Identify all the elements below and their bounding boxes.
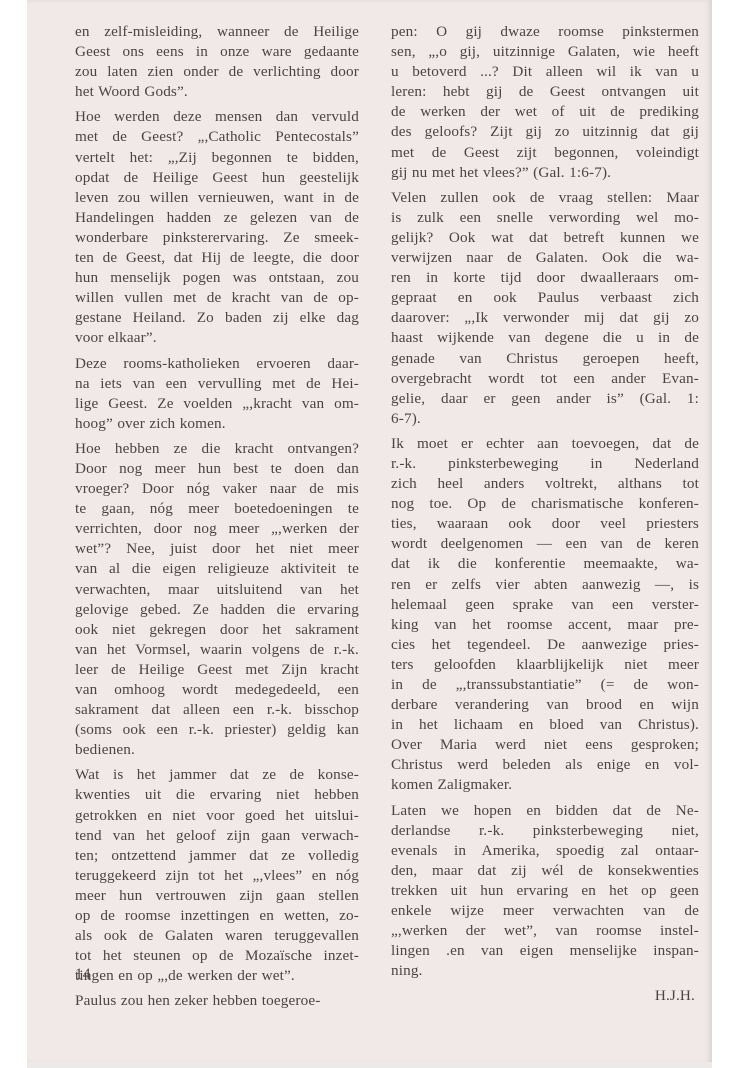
text-line: is zulk een snelle verwording wel mo-: [391, 208, 699, 228]
text-line: gelijk? Ook wat dat betreft kunnen we: [391, 228, 699, 248]
text-line: opdat de Heilige Geest hun geestelijk: [75, 168, 359, 188]
text-line: pen: O gij dwaze roomse pinkstermen: [391, 22, 699, 42]
paragraph: Paulus zou hen zeker hebben toegeroe-: [75, 991, 359, 1011]
text-line: Deze rooms-katholieken ervoeren daar-: [75, 354, 359, 374]
text-line: teruggekeerd zijn tot het „,vlees” en nó…: [75, 866, 359, 886]
paragraph: Deze rooms-katholieken ervoeren daar-na …: [75, 354, 359, 434]
text-line: helemaal geen sprake van een verster-: [391, 595, 699, 615]
paragraph: en zelf-misleiding, wanneer de HeiligeGe…: [75, 22, 359, 102]
text-line: genade van Christus geroepen heeft,: [391, 349, 699, 369]
text-line: overgebracht wordt tot een ander Evan-: [391, 369, 699, 389]
paragraph: Hoe hebben ze die kracht ontvangen?Door …: [75, 439, 359, 761]
text-line: ren er zelfs vier abten aanwezig —, is: [391, 575, 699, 595]
text-line: lige Geest. Ze voelden „,kracht van om-: [75, 394, 359, 414]
text-line: ters geloofden klaarblijkelijk niet meer: [391, 655, 699, 675]
text-line: verwachten, maar uitsluitend van het: [75, 580, 359, 600]
text-line: Geest ons eens in onze ware gedaante: [75, 42, 359, 62]
text-line: (soms ook een r.-k. priester) geldig kan: [75, 720, 359, 740]
text-line: ren in korte tijd door dwaalleraars om-: [391, 268, 699, 288]
text-line: verrichten, door nog meer „,werken der: [75, 519, 359, 539]
text-line: kwenties uit die ervaring niet hebben: [75, 785, 359, 805]
text-line: in het lichaam en bloed van Christus).: [391, 715, 699, 735]
paragraph: Ik moet er echter aan toevoegen, dat der…: [391, 434, 699, 796]
left-text-column: en zelf-misleiding, wanneer de HeiligeGe…: [75, 22, 359, 1012]
text-line: Velen zullen ook de vraag stellen: Maar: [391, 188, 699, 208]
text-line: king van het roomse accent, maar pre-: [391, 615, 699, 635]
text-line: evenals in Amerika, spoedig zal ontaar-: [391, 841, 699, 861]
text-line: vroeger? Door nóg vaker naar de mis: [75, 479, 359, 499]
text-line: derbare verandering van brood en wijn: [391, 695, 699, 715]
text-line: Christus werd beleden als enige en vol-: [391, 755, 699, 775]
text-line: enkele wijze meer verwachten van de: [391, 901, 699, 921]
text-line: voor elkaar”.: [75, 328, 359, 348]
author-signature: H.J.H.: [391, 986, 699, 1006]
text-line: gij nu met het vlees?” (Gal. 1:6-7).: [391, 163, 699, 183]
text-line: Ik moet er echter aan toevoegen, dat de: [391, 434, 699, 454]
text-line: sakrament dat alleen een r.-k. bisschop: [75, 700, 359, 720]
text-line: gestane Heiland. Zo baden zij elke dag: [75, 308, 359, 328]
text-line: des geloofs? Zijt gij zo uitzinnig dat g…: [391, 122, 699, 142]
text-line: vertelt het: „,Zij begonnen te bidden,: [75, 148, 359, 168]
text-line: ties, waaraan ook door veel priesters: [391, 514, 699, 534]
text-line: zou laten zien onder de verlichting door: [75, 62, 359, 82]
text-line: u betoverd ...? Dit alleen wil ik van u: [391, 62, 699, 82]
text-line: wonderbare pinksterervaring. Ze smeek-: [75, 228, 359, 248]
text-line: de werken der wet of uit de prediking: [391, 102, 699, 122]
text-line: leven zou willen vernieuwen, want in de: [75, 188, 359, 208]
text-line: Handelingen hadden ze gelezen van de: [75, 208, 359, 228]
text-line: bedienen.: [75, 740, 359, 760]
text-line: tingen en op „,de werken der wet”.: [75, 966, 359, 986]
text-line: gepraat en ook Paulus verbaast zich: [391, 288, 699, 308]
text-line: Hoe werden deze mensen dan vervuld: [75, 107, 359, 127]
text-line: het Woord Gods”.: [75, 82, 359, 102]
text-line: daarover: „,Ik verwonder mij dat gij zo: [391, 308, 699, 328]
text-line: in de „,transsubstantiatie” (= de won-: [391, 675, 699, 695]
text-line: wordt deelgenomen — een van de keren: [391, 534, 699, 554]
text-line: derlandse r.-k. pinksterbeweging niet,: [391, 821, 699, 841]
text-line: en zelf-misleiding, wanneer de Heilige: [75, 22, 359, 42]
text-line: nog toe. Op de charismatische konferen-: [391, 494, 699, 514]
text-line: komen Zaligmaker.: [391, 775, 699, 795]
text-line: leer de Heilige Geest met Zijn kracht: [75, 660, 359, 680]
text-line: ten de Geest, dat Hij de leegte, die doo…: [75, 248, 359, 268]
text-line: trekken uit hun ervaring en het op geen: [391, 881, 699, 901]
text-line: te gaan, nóg meer boetedoeningen te: [75, 499, 359, 519]
text-line: hun menselijk pogen was ontstaan, zou: [75, 268, 359, 288]
text-line: hoog” over zich komen.: [75, 414, 359, 434]
text-line: ten; ontzettend jammer dat ze volledig: [75, 846, 359, 866]
text-line: van het Vormsel, waarin volgens de r.-k.: [75, 640, 359, 660]
document-page: en zelf-misleiding, wanneer de HeiligeGe…: [27, 0, 712, 1063]
text-line: wet”? Nee, juist door het niet meer: [75, 539, 359, 559]
text-line: op de roomse inzettingen en wetten, zo-: [75, 906, 359, 926]
text-line: gelovige gebed. Ze hadden die ervaring: [75, 600, 359, 620]
text-line: den, maar dat zij wél de konsekwenties: [391, 861, 699, 881]
paragraph: Laten we hopen en bidden dat de Ne-derla…: [391, 801, 699, 982]
text-line: ook niet gekregen door het sakrament: [75, 620, 359, 640]
text-line: gelie, daar er geen ander is” (Gal. 1:: [391, 389, 699, 409]
text-line: Hoe hebben ze die kracht ontvangen?: [75, 439, 359, 459]
text-line: cies het tegendeel. De aanwezige pries-: [391, 635, 699, 655]
text-line: Wat is het jammer dat ze de konse-: [75, 765, 359, 785]
paragraph: Wat is het jammer dat ze de konse-kwenti…: [75, 765, 359, 986]
text-line: r.-k. pinksterbeweging in Nederland: [391, 454, 699, 474]
text-line: Paulus zou hen zeker hebben toegeroe-: [75, 991, 359, 1011]
text-line: na iets van een vervulling met de Hei-: [75, 374, 359, 394]
scan-bottom-edge: [27, 1062, 712, 1068]
text-line: verwijzen naar de Galaten. Ook die wa-: [391, 248, 699, 268]
text-line: zich heel anders voltrekt, althans tot: [391, 474, 699, 494]
paragraph: Velen zullen ook de vraag stellen: Maari…: [391, 188, 699, 429]
text-line: van al die eigen religieuze aktiviteit t…: [75, 559, 359, 579]
paragraph: pen: O gij dwaze roomse pinkstermensen, …: [391, 22, 699, 183]
text-line: meer hun vertrouwen zijn gaan stellen: [75, 886, 359, 906]
text-line: sen, „,o gij, uitzinnige Galaten, wie he…: [391, 42, 699, 62]
text-line: Over Maria werd niet eens gesproken;: [391, 735, 699, 755]
text-line: willen vullen met de kracht van de op-: [75, 288, 359, 308]
text-line: leren: hebt gij de Geest ontvangen uit: [391, 82, 699, 102]
text-line: met de Geest? „,Catholic Pentecostals”: [75, 127, 359, 147]
text-line: lingen .en van eigen menselijke inspan-: [391, 941, 699, 961]
text-line: „,werken der wet”, van roomse instel-: [391, 921, 699, 941]
right-text-column: pen: O gij dwaze roomse pinkstermensen, …: [391, 22, 699, 1007]
text-line: 6-7).: [391, 409, 699, 429]
paragraph: Hoe werden deze mensen dan vervuldmet de…: [75, 107, 359, 348]
text-line: tend van het geloof zijn gaan verwach-: [75, 826, 359, 846]
text-line: haast wijkende van degene die u in de: [391, 328, 699, 348]
text-line: Door nog meer hun best te doen dan: [75, 459, 359, 479]
text-line: ning.: [391, 961, 699, 981]
text-line: tot het steunen op de Mozaïsche inzet-: [75, 946, 359, 966]
text-line: Laten we hopen en bidden dat de Ne-: [391, 801, 699, 821]
text-line: dat ik die konferentie meemaakte, wa-: [391, 554, 699, 574]
page-number: 14: [75, 966, 91, 984]
text-line: getrokken en niet voor goed het uitslui-: [75, 806, 359, 826]
text-line: van omhoog wordt medegedeeld, een: [75, 680, 359, 700]
text-line: met de Geest zijt begonnen, voleindigt: [391, 143, 699, 163]
text-line: als ook de Galaten waren teruggevallen: [75, 926, 359, 946]
